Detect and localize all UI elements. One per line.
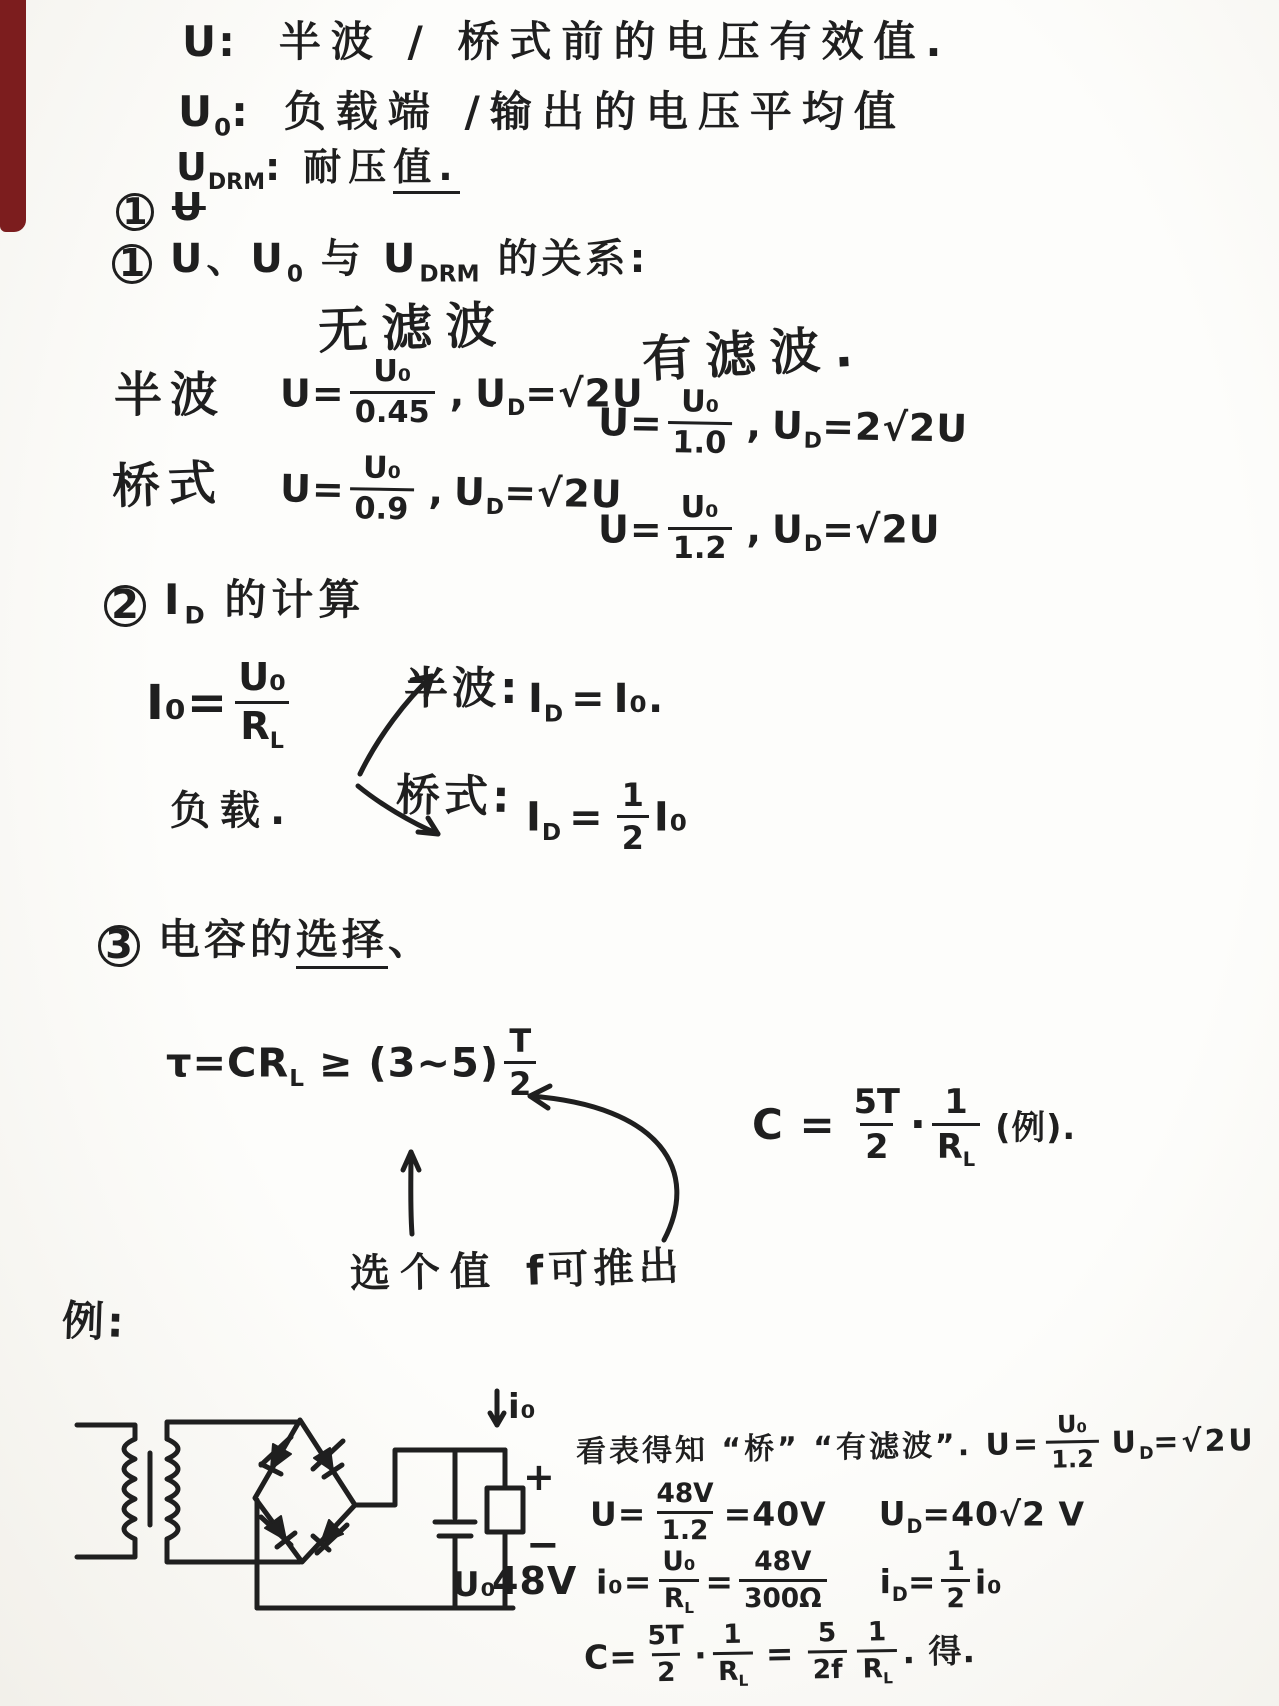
section2-number: 2 — [104, 585, 146, 627]
half-wave-current-eq: ID=I₀. — [528, 676, 664, 722]
fraction: U₀RL — [233, 659, 291, 747]
formula-io-main: I₀=U₀RL — [146, 662, 296, 750]
fraction: U₀1.2 — [668, 493, 732, 565]
symbol-uo: U0: — [178, 87, 250, 136]
bridge-current-eq: ID=12I₀ — [526, 782, 688, 857]
solution-line2: U=48V1.2=40VUD=40√2 V — [590, 1484, 1085, 1548]
row-label-half-wave: 半波 — [114, 368, 226, 423]
definition-u: U:半波 / 桥式前的电压有效值. — [182, 18, 951, 66]
section1-heading: 1U、U0 与 UDRM 的关系: — [112, 236, 649, 284]
solution-line1: 看表得知 “桥” “有滤波”. U=U₀1.2UD=√2U — [576, 1412, 1257, 1483]
section3-heading: 3电容的选择、 — [98, 916, 434, 967]
red-margin-bar — [0, 0, 26, 232]
definition-u-text: 半波 / 桥式前的电压有效值. — [279, 17, 952, 66]
formula-half-with-filter: U=U₀1.0,UD=2√2U — [597, 389, 968, 467]
formula-half-no-filter: U=U₀0.45,UD=√2U — [280, 360, 644, 432]
fraction: 48V300Ω — [739, 1549, 827, 1613]
bridge-branch-label: 桥式: — [396, 771, 514, 824]
capacitor-formula: C =5T2·1RL(例). — [752, 1088, 1076, 1166]
current-arrow-icon — [490, 1391, 504, 1425]
circuit-plus-sign: + — [523, 1456, 558, 1500]
transformer — [77, 1425, 178, 1557]
example-label: 例: — [61, 1297, 127, 1348]
section3-number: 3 — [98, 925, 140, 967]
fraction: 12 — [941, 1549, 969, 1613]
circuit-current-label: i₀ — [508, 1388, 537, 1427]
definition-udrm-text: 耐压 — [303, 145, 393, 189]
symbol-udrm: UDRM: — [176, 145, 281, 189]
half-wave-branch-label: 半波: — [404, 664, 522, 715]
circuit-uo-label: U₀ — [452, 1566, 497, 1605]
column-header-with-filter: 有滤波. — [641, 320, 869, 389]
fraction: U₀1.0 — [667, 387, 732, 460]
column-header-no-filter: 无滤波 — [317, 297, 511, 361]
definition-uo-text: 负载端 /输出的电压平均值 — [284, 87, 906, 136]
fraction: 5T2 — [642, 1623, 689, 1688]
load-label: 负载. — [170, 788, 295, 834]
scribble-circled-number: 1 — [116, 193, 154, 231]
formula-bridge-no-filter: U=U₀0.9,UD=√2U — [279, 455, 623, 533]
notebook-page: U:半波 / 桥式前的电压有效值. U0:负载端 /输出的电压平均值 UDRM:… — [0, 0, 1279, 1706]
tau-formula: τ=CRL ≥ (3~5)T2 — [166, 1028, 541, 1103]
fraction: U₀0.9 — [349, 453, 414, 526]
fraction: U₀RL — [657, 1549, 700, 1613]
definition-uo: U0:负载端 /输出的电压平均值 — [178, 88, 906, 136]
derive-label: f可推出 — [525, 1243, 684, 1294]
fraction: 1RL — [932, 1085, 980, 1163]
up-arrow — [398, 1138, 424, 1238]
fraction: 12 — [617, 779, 649, 854]
formula-bridge-with-filter: U=U₀1.2,UD=√2U — [598, 496, 941, 568]
fraction: U₀0.45 — [350, 357, 435, 429]
fraction: 52f — [807, 1620, 848, 1684]
crossed-out-scribble: 1U — [116, 186, 206, 231]
section1-number: 1 — [112, 244, 152, 284]
fraction: 48V1.2 — [651, 1481, 718, 1545]
choose-value-label: 选个值 — [350, 1249, 501, 1298]
section1-title: U、U0 与 UDRM 的关系: — [170, 236, 650, 282]
circuit-voltage-label: 48V — [492, 1560, 577, 1604]
solution-line3: i₀=U₀RL=48V300ΩiD=12i₀ — [596, 1552, 1003, 1616]
fraction: 5T2 — [849, 1085, 905, 1163]
fraction: U₀1.2 — [1046, 1412, 1100, 1472]
curve-arrow — [512, 1076, 692, 1246]
circuit-diagram — [55, 1375, 555, 1706]
solution-line4: C=5T2·1RL=52f1RL. 得. — [583, 1621, 976, 1692]
section3-title-underlined: 选择 — [296, 915, 388, 969]
definition-udrm: UDRM:耐压值. — [176, 146, 460, 190]
definition-udrm-underlined: 值. — [393, 145, 459, 194]
section2-title: ID 的计算 — [164, 575, 366, 624]
symbol-u: U: — [182, 17, 237, 66]
fraction: 1RL — [712, 1621, 753, 1686]
bridge-rectifier — [167, 1420, 355, 1562]
section2-heading: 2ID 的计算 — [104, 576, 365, 627]
fraction: 1RL — [857, 1619, 898, 1684]
row-label-bridge: 桥式 — [111, 456, 225, 515]
